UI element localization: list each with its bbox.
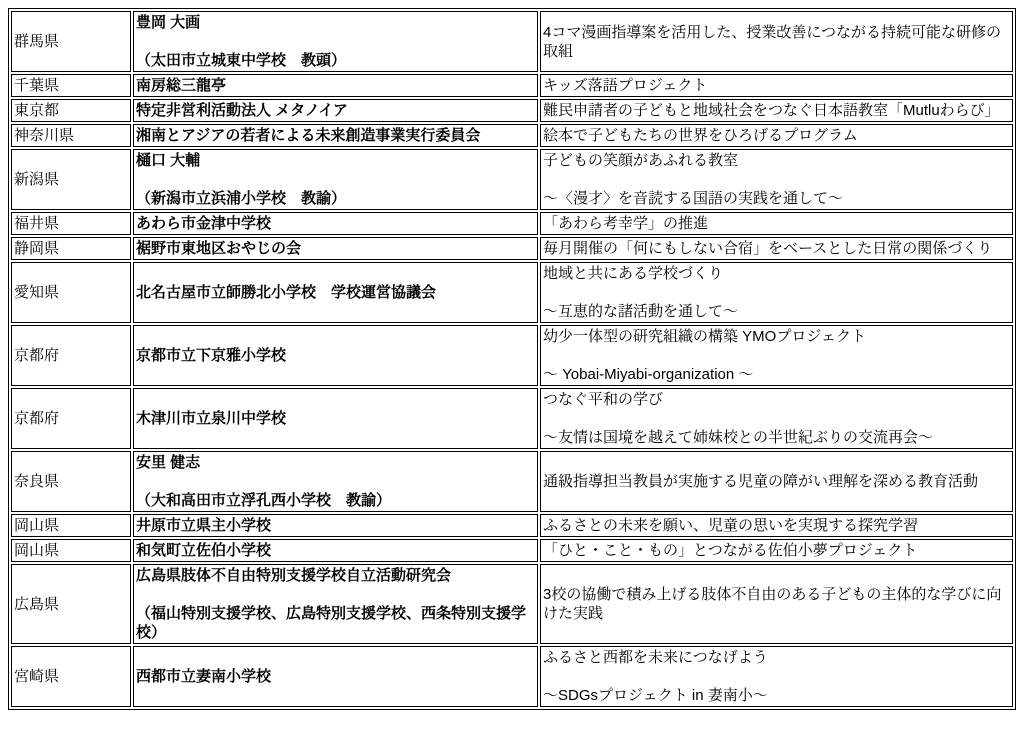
prefecture-cell: 京都府 bbox=[11, 325, 131, 386]
table-row: 新潟県樋口 大輔 （新潟市立浜浦小学校 教諭）子どもの笑顔があふれる教室 ～〈漫… bbox=[11, 149, 1013, 210]
title-cell: 地域と共にある学校づくり ～互恵的な諸活動を通して～ bbox=[540, 262, 1013, 323]
title-cell: 通級指導担当教員が実施する児童の障がい理解を深める教育活動 bbox=[540, 451, 1013, 512]
title-cell: 絵本で子どもたちの世界をひろげるプログラム bbox=[540, 124, 1013, 147]
table-row: 東京都特定非営利活動法人 メタノイア難民申請者の子どもと地域社会をつなぐ日本語教… bbox=[11, 99, 1013, 122]
table-row: 神奈川県湘南とアジアの若者による未来創造事業実行委員会絵本で子どもたちの世界をひ… bbox=[11, 124, 1013, 147]
table-row: 奈良県安里 健志 （大和高田市立浮孔西小学校 教諭）通級指導担当教員が実施する児… bbox=[11, 451, 1013, 512]
award-table-body: 群馬県豊岡 大画 （太田市立城東中学校 教頭）4コマ漫画指導案を活用した、授業改… bbox=[11, 11, 1013, 707]
title-cell: ふるさと西都を未来につなげよう ～SDGsプロジェクト in 妻南小～ bbox=[540, 646, 1013, 707]
prefecture-cell: 静岡県 bbox=[11, 237, 131, 260]
title-cell: つなぐ平和の学び ～友情は国境を越えて姉妹校との半世紀ぶりの交流再会～ bbox=[540, 388, 1013, 449]
table-row: 群馬県豊岡 大画 （太田市立城東中学校 教頭）4コマ漫画指導案を活用した、授業改… bbox=[11, 11, 1013, 72]
prefecture-cell: 福井県 bbox=[11, 212, 131, 235]
recipient-cell: 特定非営利活動法人 メタノイア bbox=[133, 99, 538, 122]
recipient-cell: 湘南とアジアの若者による未来創造事業実行委員会 bbox=[133, 124, 538, 147]
table-row: 広島県広島県肢体不自由特別支援学校自立活動研究会 （福山特別支援学校、広島特別支… bbox=[11, 564, 1013, 644]
title-cell: キッズ落語プロジェクト bbox=[540, 74, 1013, 97]
prefecture-cell: 京都府 bbox=[11, 388, 131, 449]
prefecture-cell: 千葉県 bbox=[11, 74, 131, 97]
recipient-cell: 広島県肢体不自由特別支援学校自立活動研究会 （福山特別支援学校、広島特別支援学校… bbox=[133, 564, 538, 644]
recipient-cell: 木津川市立泉川中学校 bbox=[133, 388, 538, 449]
title-cell: 「ひと・こと・もの」とつながる佐伯小夢プロジェクト bbox=[540, 539, 1013, 562]
title-cell: 4コマ漫画指導案を活用した、授業改善につながる持続可能な研修の取組 bbox=[540, 11, 1013, 72]
title-cell: 子どもの笑顔があふれる教室 ～〈漫才〉を音読する国語の実践を通して～ bbox=[540, 149, 1013, 210]
table-row: 京都府木津川市立泉川中学校つなぐ平和の学び ～友情は国境を越えて姉妹校との半世紀… bbox=[11, 388, 1013, 449]
table-row: 福井県あわら市金津中学校「あわら考幸学」の推進 bbox=[11, 212, 1013, 235]
award-table: 群馬県豊岡 大画 （太田市立城東中学校 教頭）4コマ漫画指導案を活用した、授業改… bbox=[8, 8, 1016, 710]
table-row: 岡山県井原市立県主小学校ふるさとの未来を願い、児童の思いを実現する探究学習 bbox=[11, 514, 1013, 537]
prefecture-cell: 愛知県 bbox=[11, 262, 131, 323]
title-cell: 3校の協働で積み上げる肢体不自由のある子どもの主体的な学びに向けた実践 bbox=[540, 564, 1013, 644]
table-row: 愛知県北名古屋市立師勝北小学校 学校運営協議会地域と共にある学校づくり ～互恵的… bbox=[11, 262, 1013, 323]
recipient-cell: 南房総三龍亭 bbox=[133, 74, 538, 97]
prefecture-cell: 岡山県 bbox=[11, 539, 131, 562]
title-cell: 幼少一体型の研究組織の構築 YMOプロジェクト ～ Yobai-Miyabi-o… bbox=[540, 325, 1013, 386]
prefecture-cell: 岡山県 bbox=[11, 514, 131, 537]
table-row: 京都府京都市立下京雅小学校幼少一体型の研究組織の構築 YMOプロジェクト ～ Y… bbox=[11, 325, 1013, 386]
title-cell: 難民申請者の子どもと地域社会をつなぐ日本語教室「Mutluわらび」 bbox=[540, 99, 1013, 122]
title-cell: 毎月開催の「何にもしない合宿」をベースとした日常の関係づくり bbox=[540, 237, 1013, 260]
recipient-cell: あわら市金津中学校 bbox=[133, 212, 538, 235]
prefecture-cell: 宮崎県 bbox=[11, 646, 131, 707]
recipient-cell: 樋口 大輔 （新潟市立浜浦小学校 教諭） bbox=[133, 149, 538, 210]
table-row: 静岡県裾野市東地区おやじの会毎月開催の「何にもしない合宿」をベースとした日常の関… bbox=[11, 237, 1013, 260]
recipient-cell: 裾野市東地区おやじの会 bbox=[133, 237, 538, 260]
recipient-cell: 北名古屋市立師勝北小学校 学校運営協議会 bbox=[133, 262, 538, 323]
recipient-cell: 西都市立妻南小学校 bbox=[133, 646, 538, 707]
prefecture-cell: 神奈川県 bbox=[11, 124, 131, 147]
table-row: 岡山県和気町立佐伯小学校「ひと・こと・もの」とつながる佐伯小夢プロジェクト bbox=[11, 539, 1013, 562]
recipient-cell: 井原市立県主小学校 bbox=[133, 514, 538, 537]
recipient-cell: 和気町立佐伯小学校 bbox=[133, 539, 538, 562]
prefecture-cell: 群馬県 bbox=[11, 11, 131, 72]
recipient-cell: 豊岡 大画 （太田市立城東中学校 教頭） bbox=[133, 11, 538, 72]
title-cell: ふるさとの未来を願い、児童の思いを実現する探究学習 bbox=[540, 514, 1013, 537]
prefecture-cell: 東京都 bbox=[11, 99, 131, 122]
recipient-cell: 安里 健志 （大和高田市立浮孔西小学校 教諭） bbox=[133, 451, 538, 512]
table-row: 千葉県南房総三龍亭キッズ落語プロジェクト bbox=[11, 74, 1013, 97]
title-cell: 「あわら考幸学」の推進 bbox=[540, 212, 1013, 235]
prefecture-cell: 新潟県 bbox=[11, 149, 131, 210]
table-row: 宮崎県西都市立妻南小学校ふるさと西都を未来につなげよう ～SDGsプロジェクト … bbox=[11, 646, 1013, 707]
prefecture-cell: 広島県 bbox=[11, 564, 131, 644]
recipient-cell: 京都市立下京雅小学校 bbox=[133, 325, 538, 386]
prefecture-cell: 奈良県 bbox=[11, 451, 131, 512]
